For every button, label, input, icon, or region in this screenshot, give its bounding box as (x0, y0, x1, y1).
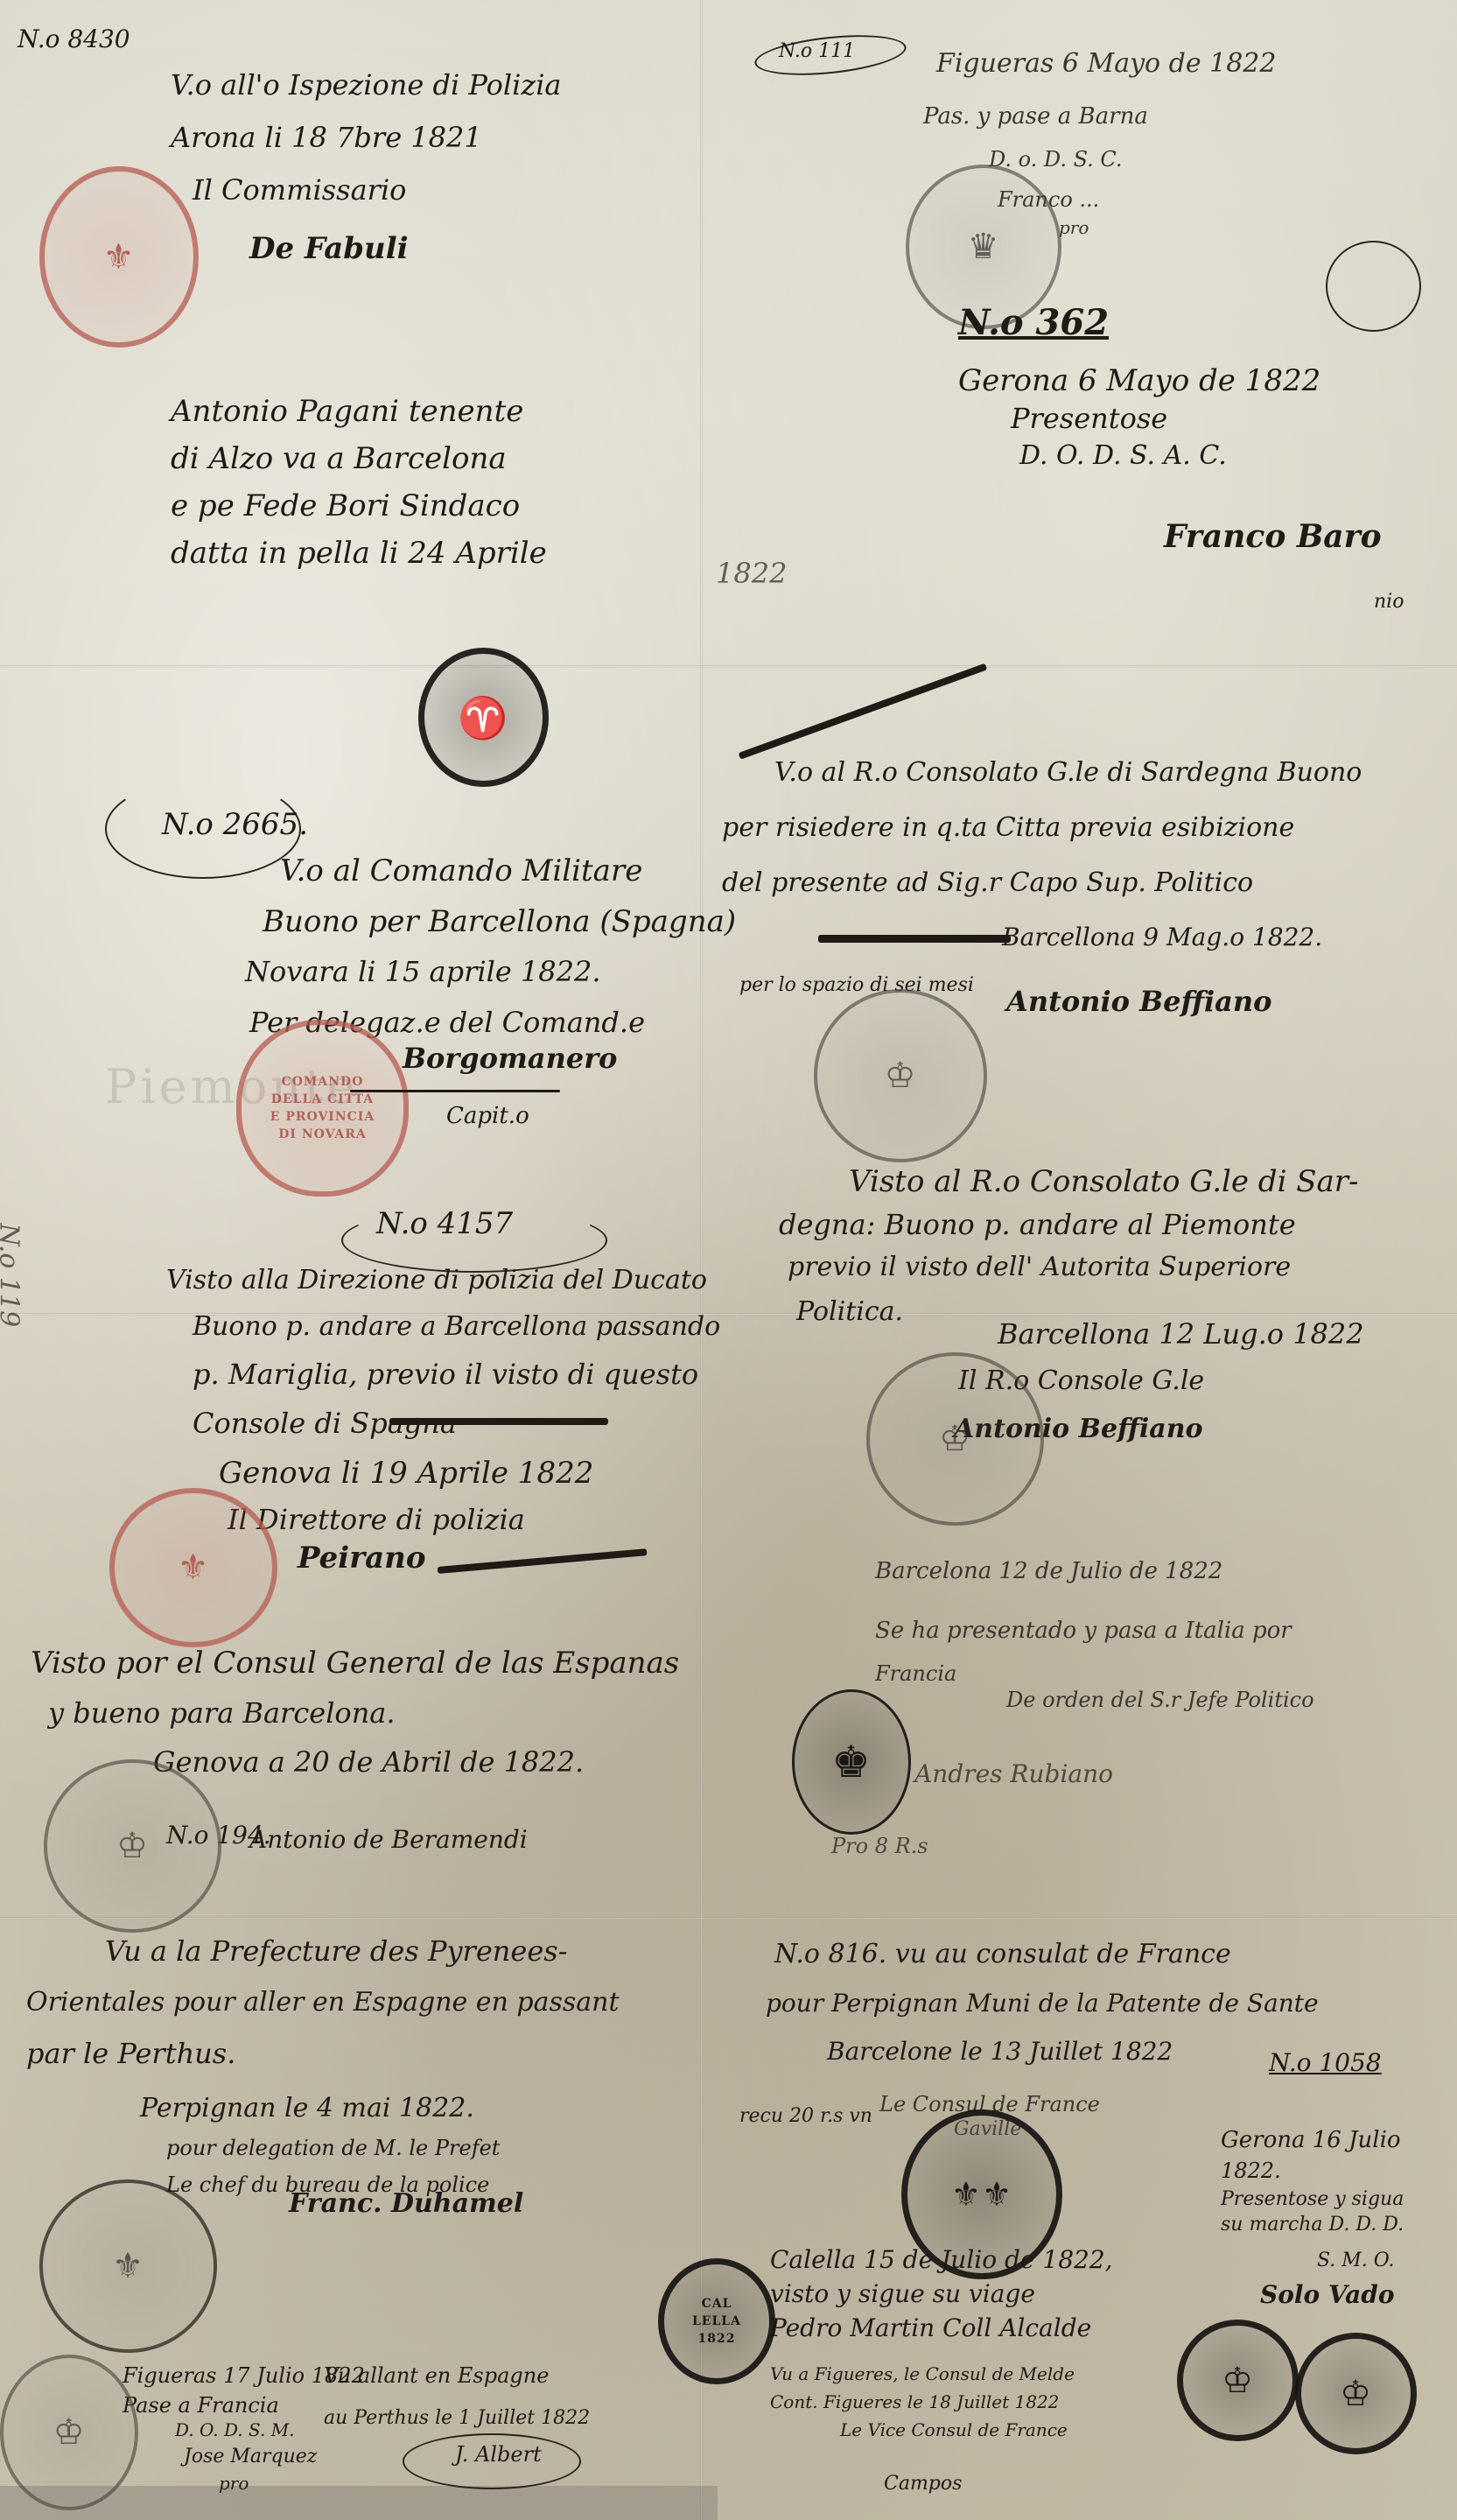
fee-note: Pro 8 R.s (831, 1834, 928, 1858)
bearer-description: Antonio Pagani tenente di Alzo va a Barc… (171, 394, 547, 571)
visa-line: visto y sigue su viage (770, 2279, 1113, 2308)
visa-line: Le Consul de France (879, 2092, 1319, 2116)
visa-line: Visto por el Consul General de las Espan… (31, 1646, 679, 1681)
barcelona-consulate-stamp: ♔ (866, 1352, 1044, 1526)
barcelona-government-stamp: ♚ (792, 1689, 911, 1835)
visa-arona: V.o all'o Ispezione di Polizia Arona li … (171, 68, 562, 266)
visa-line: S. M. O. (1317, 2250, 1395, 2271)
bearer-line: Antonio Pagani tenente (171, 394, 547, 429)
signature: Franco Baro (1164, 518, 1382, 555)
visa-sardinia-consulate: V.o al R.o Consolato G.le di Sardegna Bu… (722, 757, 1362, 996)
visa-gerona: Gerona 6 Mayo de 1822 Presentose D. O. D… (958, 363, 1320, 471)
visa-line: pour Perpignan Muni de la Patente de San… (766, 1989, 1319, 2018)
visa-line: Barcellona 9 Mag.o 1822. (1002, 923, 1362, 951)
pen-stroke (739, 663, 988, 760)
visa-line: Il Commissario (193, 173, 562, 207)
spanish-consulate-stamp: ♔ (44, 1759, 221, 1933)
visa-novara: V.o al Comando Militare Buono per Barcel… (271, 853, 736, 1039)
signature: Antonio Beffiano (1006, 985, 1272, 1018)
visa-line: Barcelona 12 de Julio de 1822 (875, 1558, 1314, 1584)
visa-line: y bueno para Barcelona. (48, 1696, 679, 1730)
crest-icon: ⚜ (112, 2247, 144, 2285)
signature: Campos (884, 2473, 962, 2495)
stamp-line: DI NOVARA (270, 1126, 375, 1143)
round-black-stamp: ♔ (1295, 2333, 1417, 2454)
visa-line: pro (219, 2473, 365, 2494)
visa-line: per risiedere in q.ta Citta previa esibi… (722, 812, 1362, 843)
visa-line: previo il visto dell' Autorita Superiore (788, 1252, 1359, 1282)
visa-line: Vu a Figueres, le Consul de Melde (770, 2363, 1075, 2384)
visa-line: Se ha presentado y pasa a Italia por (875, 1618, 1314, 1644)
visa-line: Pedro Martin Coll Alcalde (770, 2313, 1113, 2342)
passport-document: Piemonte N.o 8430 V.o all'o Ispezione di… (0, 0, 1457, 2520)
margin-note: N.o 119 (0, 1224, 25, 1328)
visa-line: Buono p. andare a Barcellona passando (193, 1311, 720, 1342)
stamp-line: COMANDO (270, 1073, 375, 1091)
coat-of-arms-icon: ⚜ (103, 238, 136, 277)
signature-title: Capit.o (446, 1103, 529, 1129)
calella-stamp: CAL LELLA 1822 (658, 2258, 775, 2384)
visa-line: V.o al Comando Militare (280, 853, 736, 888)
lamb-emblem-icon: ♈ (458, 698, 508, 737)
entry-number: N.o 4157 (376, 1206, 513, 1241)
visa-line: Visto al R.o Consolato G.le di Sar- (849, 1164, 1359, 1199)
signature: Andres Rubiano (914, 1759, 1113, 1788)
fleur-de-lis-icon: ⚜⚜ (951, 2175, 1012, 2214)
visa-genova-police: Visto alla Direzione di polizia del Duca… (166, 1265, 720, 1536)
visa-line: Jose Marquez (184, 2446, 365, 2467)
stamp-line: 1822 (692, 2330, 741, 2348)
visa-visto-sardegna: Visto al R.o Consolato G.le di Sar- degn… (796, 1164, 1359, 1327)
genova-police-stamp: ⚜ (109, 1488, 277, 1647)
visa-line: Genova a 20 de Abril de 1822. (153, 1745, 679, 1779)
visa-line: Vu allant en Espagne (324, 2363, 590, 2388)
signature: J. Albert (455, 2442, 542, 2467)
signature: Franc. Duhamel (289, 2188, 523, 2219)
visa-line: Arona li 18 7bre 1821 (171, 121, 562, 154)
visa-line: Visto alla Direzione di polizia del Duca… (166, 1265, 720, 1295)
visa-date: Barcellona 12 Lug.o 1822 (998, 1317, 1364, 1351)
visa-line: N.o 816. vu au consulat de France (774, 1939, 1319, 1969)
bearer-line: e pe Fede Bori Sindaco (171, 488, 547, 523)
visa-line: 1822. (1221, 2158, 1404, 2183)
signature-suffix: nio (1374, 591, 1404, 613)
pen-stroke (389, 1418, 608, 1425)
visa-line: par le Perthus. (26, 2037, 620, 2070)
crown-crest-icon: ♚ (831, 1743, 872, 1781)
red-royal-stamp: ⚜ (39, 166, 199, 347)
visa-line: p. Mariglia, previo il visto di questo (193, 1358, 720, 1391)
crest-icon: ♔ (1222, 2362, 1254, 2400)
signature: De Fabuli (249, 231, 562, 266)
visa-line: D. O. D. S. A. C. (1019, 440, 1320, 471)
reference-number: N.o 8430 (18, 25, 130, 53)
visa-line: De orden del S.r Jefe Politico (1006, 1688, 1314, 1712)
signature: Solo Vado (1260, 2280, 1395, 2309)
pen-stroke (438, 1548, 648, 1574)
visa-line: Vu a la Prefecture des Pyrenees- (105, 1934, 620, 1968)
visa-line: Gerona 16 Julio (1221, 2127, 1404, 2153)
sardinia-consulate-stamp: ♔ (814, 989, 987, 1162)
visa-line: Figueras 6 Mayo de 1822 (936, 48, 1276, 79)
visa-pyrenees-orientales: Vu a la Prefecture des Pyrenees- Orienta… (26, 1934, 620, 2197)
visa-line: Orientales pour aller en Espagne en pass… (26, 1987, 620, 2018)
visa-line: Genova li 19 Aprile 1822 (219, 1456, 720, 1491)
rubric-circle (1326, 241, 1421, 332)
entry-number: N.o 1058 (1269, 2048, 1382, 2077)
bearer-line: datta in pella li 24 Aprile (171, 536, 547, 571)
novara-command-stamp: COMANDO DELLA CITTA E PROVINCIA DI NOVAR… (236, 1020, 409, 1197)
visa-line: Perpignan le 4 mai 1822. (140, 2093, 620, 2123)
visa-line: Le Vice Consul de France (840, 2419, 1075, 2440)
horizontal-fold-line (0, 1917, 1457, 1920)
visa-line: V.o al R.o Consolato G.le di Sardegna Bu… (774, 757, 1362, 788)
visa-line: Il Direttore di polizia (228, 1503, 720, 1536)
visa-line: Presentose (1011, 402, 1320, 435)
signature: Peirano (298, 1541, 426, 1576)
visa-line: Francia (875, 1661, 1314, 1686)
visa-line: Barcelone le 13 Juillet 1822 (827, 2037, 1319, 2066)
visa-barcelona: Barcelona 12 de Julio de 1822 Se ha pres… (875, 1558, 1314, 1712)
crown-crest-icon: ♛ (968, 228, 1000, 266)
signature: Borgomanero (403, 1042, 617, 1075)
visa-line: del presente ad Sig.r Capo Sup. Politico (722, 867, 1362, 898)
crest-icon: ♔ (53, 2413, 86, 2452)
visa-line: Calella 15 de Julio de 1822, (770, 2245, 1113, 2274)
visa-french-consulate: N.o 816. vu au consulat de France pour P… (774, 1939, 1319, 2116)
visa-line: Pas. y pase a Barna (923, 103, 1276, 130)
visa-gerona-july: Gerona 16 Julio 1822. Presentose y sigua… (1221, 2127, 1404, 2236)
bearer-line: di Alzo va a Barcelona (171, 441, 547, 476)
signature: Antonio de Beramendi (249, 1825, 528, 1854)
pyrenees-prefecture-stamp: ⚜ (39, 2180, 217, 2353)
round-black-stamp: ♔ (1177, 2320, 1299, 2441)
visa-line: pour delegation de M. le Prefet (166, 2136, 620, 2160)
signature-underline (350, 1090, 560, 1092)
visa-line: Gerona 6 Mayo de 1822 (958, 363, 1320, 398)
entry-number: N.o 362 (958, 302, 1109, 343)
visa-line: au Perthus le 1 Juillet 1822 (324, 2407, 590, 2429)
faded-stamp: ♔ (0, 2355, 138, 2510)
visa-line: Buono per Barcellona (Spagna) (263, 904, 736, 939)
stamp-line: E PROVINCIA (270, 1108, 375, 1126)
year-note: 1822 (716, 557, 787, 590)
visa-line: pro (1059, 217, 1276, 238)
visa-line: V.o all'o Ispezione di Polizia (171, 68, 562, 102)
stamp-line: CAL (692, 2295, 741, 2313)
crest-icon: ♔ (885, 1056, 917, 1095)
visa-line: degna: Buono p. andare al Piemonte (779, 1208, 1359, 1241)
visa-line: Presentose y sigua (1221, 2188, 1404, 2210)
stamp-line: LELLA (692, 2313, 741, 2330)
horizontal-fold-line (0, 665, 1457, 668)
fee-note: recu 20 r.s vn (739, 2105, 872, 2127)
visa-line: su marcha D. D. D. (1221, 2214, 1404, 2236)
crest-icon: ♔ (1340, 2375, 1372, 2413)
coat-of-arms-icon: ⚜ (178, 1548, 210, 1587)
crest-icon: ♔ (116, 1827, 149, 1865)
entry-number: N.o 2665. (162, 807, 308, 842)
visa-line: Novara li 15 aprile 1822. (245, 955, 736, 988)
stamp-line: DELLA CITTA (270, 1091, 375, 1108)
visa-calella: Calella 15 de Julio de 1822, visto y sig… (770, 2245, 1113, 2342)
black-medallion-seal: ♈ (418, 648, 549, 787)
crest-icon: ♔ (939, 1420, 971, 1458)
vertical-fold-line (700, 0, 703, 2520)
visa-perthus: Vu allant en Espagne au Perthus le 1 Jui… (324, 2363, 590, 2429)
pen-stroke (818, 935, 1011, 943)
visa-line: Cont. Figueres le 18 Juillet 1822 (770, 2391, 1075, 2412)
reference-number: N.o 111 (779, 40, 855, 62)
visa-figueres-french: Vu a Figueres, le Consul de Melde Cont. … (770, 2363, 1075, 2440)
visa-line: D. o. D. S. C. (989, 147, 1276, 172)
